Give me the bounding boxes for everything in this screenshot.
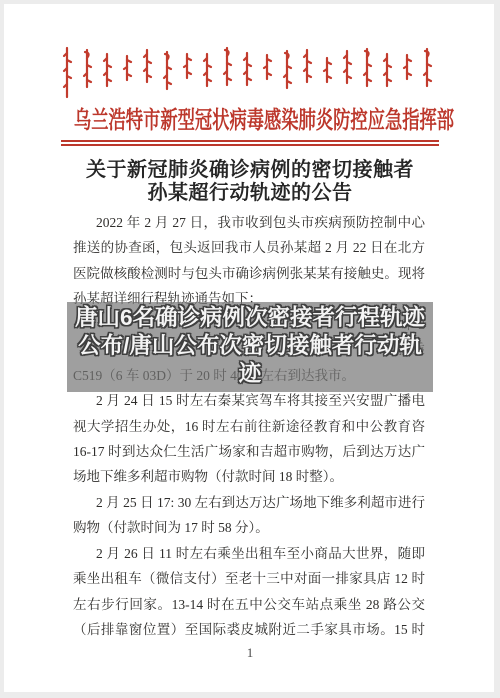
body-line: 医院做核酸检测时与包头市确诊病例张某某有接触史。现将	[73, 261, 425, 286]
header-divider	[61, 140, 439, 146]
news-caption-overlay: 唐山6名确诊病例次密接者行程轨迹 公布/唐山公布次密切接触者行动轨 迹	[67, 302, 433, 392]
issuing-authority-name: 乌兰浩特市新型冠状病毒感染肺炎防控应急指挥部	[74, 104, 454, 138]
announcement-title: 关于新冠肺炎确诊病例的密切接触者 孙某超行动轨迹的公告	[0, 159, 500, 205]
body-line: 购物（付款时间为 17 时 58 分）。	[73, 515, 425, 540]
overlay-caption-line: 唐山6名确诊病例次密接者行程轨迹	[67, 304, 433, 332]
body-line: （后排靠窗位置）至国际裘皮城附近二手家具市场。15 时	[73, 617, 425, 642]
body-line: 2022 年 2 月 27 日，我市收到包头市疾病预防控制中心	[73, 210, 425, 235]
announcement-body: 2022 年 2 月 27 日，我市收到包头市疾病预防控制中心 推送的协查函，包…	[73, 210, 425, 642]
body-line: 乘坐出租车（微信支付）至老十三中对面一排家具店 12 时	[73, 566, 425, 591]
mongolian-script-icon	[62, 46, 438, 100]
overlay-caption-line: 迹	[67, 360, 433, 388]
scanned-document-viewer: 乌兰浩特市新型冠状病毒感染肺炎防控应急指挥部 关于新冠肺炎确诊病例的密切接触者 …	[0, 0, 500, 698]
announcement-title-line2: 孙某超行动轨迹的公告	[0, 182, 500, 205]
issuing-authority-banner: 乌兰浩特市新型冠状病毒感染肺炎防控应急指挥部	[0, 104, 500, 138]
announcement-title-line1: 关于新冠肺炎确诊病例的密切接触者	[0, 159, 500, 182]
body-line: 2 月 26 日 11 时左右乘坐出租车至小商品大世界，随即	[73, 541, 425, 566]
overlay-caption-line: 公布/唐山公布次密切接触者行动轨	[67, 332, 433, 360]
body-line: 推送的协查函，包头返回我市人员孙某超 2 月 22 日在北方	[73, 235, 425, 260]
body-line: 场地下维多利超市购物（付款时间 18 时整）。	[73, 464, 425, 489]
body-line: 2 月 25 日 17: 30 左右到达万达广场地下维多利超市进行	[73, 490, 425, 515]
body-line: 16-17 时到达众仁生活广场家和吉超市购物，后到达万达广	[73, 439, 425, 464]
body-line: 视大学招生办处，16 时左右前往新途径教育和中公教育咨询。	[73, 414, 425, 439]
page-number: 1	[0, 645, 500, 661]
body-line: 左右步行回家。13-14 时在五中公交车站点乘坐 28 路公交车	[73, 592, 425, 617]
